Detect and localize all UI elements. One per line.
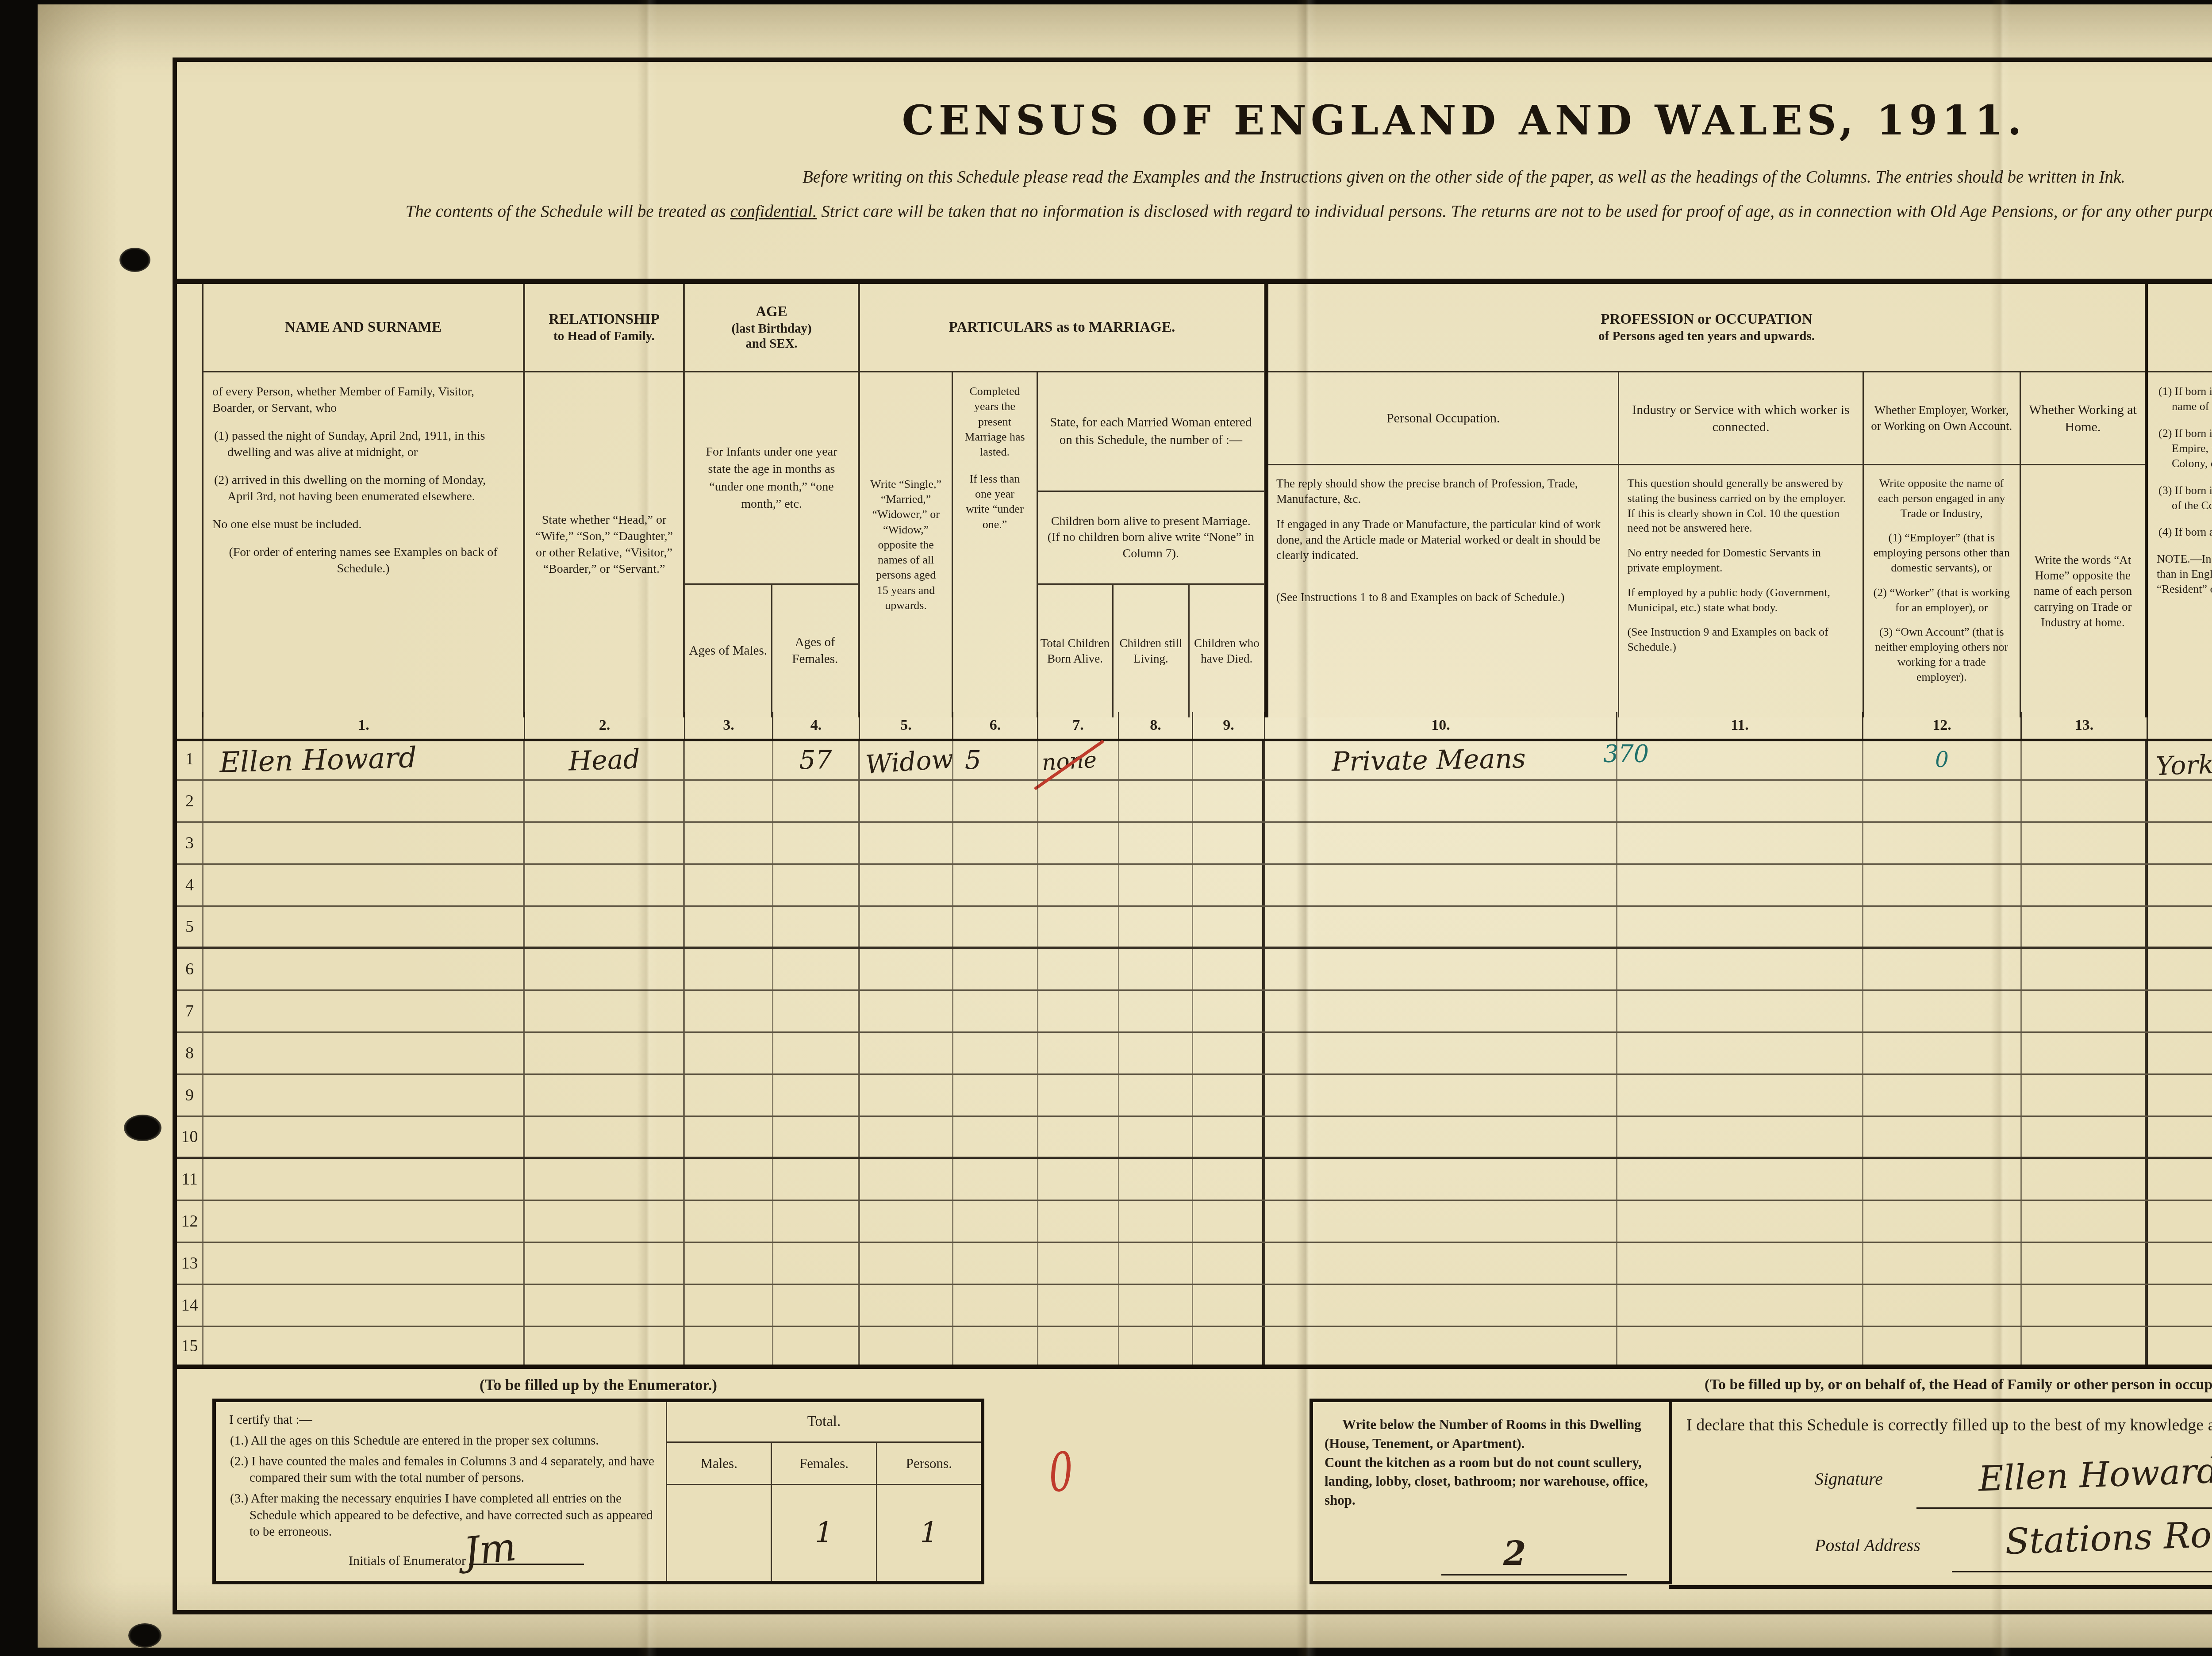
- marriage-intro: State, for each Married Woman entered on…: [1038, 372, 1264, 492]
- males-value: [667, 1485, 771, 1581]
- col12-head: Whether Employer, Worker, or Working on …: [1864, 372, 2020, 465]
- col6-p1: Completed years the present Marriage has…: [962, 384, 1027, 460]
- cell-relationship: Head: [525, 739, 685, 779]
- age-title-sub1: (last Birthday): [731, 321, 811, 337]
- colnum-6: 6.: [953, 712, 1038, 739]
- col14-title: BIRTHPLACE of every person.: [2148, 284, 2212, 372]
- col1-p1: of every Person, whether Member of Famil…: [212, 384, 514, 417]
- header-col-age: AGE (last Birthday) and SEX. For Infants…: [685, 284, 860, 717]
- col11-p2: No entry needed for Domestic Servants in…: [1627, 545, 1854, 575]
- colnum-11: 11.: [1617, 712, 1863, 739]
- table-row-9: 9: [177, 1075, 2212, 1117]
- col14-description: (1) If born in the United Kingdom, write…: [2148, 372, 2212, 717]
- col1-description: of every Person, whether Member of Famil…: [204, 372, 523, 717]
- colnum-14: 14.: [2148, 712, 2212, 739]
- census-schedule-scan: CENSUS OF ENGLAND AND WALES, 1911. Befor…: [0, 0, 2212, 1656]
- persons-label: Persons.: [876, 1443, 981, 1484]
- marriage-col6: Completed years the present Marriage has…: [953, 372, 1037, 717]
- col8-label: Children still Living.: [1112, 585, 1188, 717]
- profession-col10: Personal Occupation. The reply should sh…: [1268, 372, 1618, 717]
- row-number: 3: [177, 823, 204, 863]
- table-row-4: 4: [177, 865, 2212, 907]
- initials-label: Initials of Enumerator: [349, 1553, 466, 1568]
- col11-head: Industry or Service with which worker is…: [1619, 372, 1862, 465]
- entry-occupation: Private Means: [1331, 743, 1526, 778]
- punch-hole: [119, 248, 150, 272]
- cell-name: Ellen Howard: [204, 739, 525, 779]
- cell-marital: Widow: [860, 739, 953, 779]
- enumerator-box: I certify that :— (1.) All the ages on t…: [212, 1399, 984, 1584]
- age-infants-note: For Infants under one year state the age…: [685, 372, 858, 585]
- row-number: 7: [177, 991, 204, 1031]
- cell-children-died: [1193, 739, 1265, 779]
- postal-address-rule: [1952, 1571, 2212, 1572]
- certify-item-2: (2.) I have counted the males and female…: [229, 1453, 658, 1486]
- entry-marital: Widow: [864, 744, 954, 780]
- row-number: 1: [177, 739, 204, 779]
- cell-children-living: [1119, 739, 1193, 779]
- entry-years-married: 5: [965, 745, 981, 775]
- confidential-paragraph: The contents of the Schedule will be tre…: [280, 199, 2212, 225]
- col10-p3: (See Instructions 1 to 8 and Examples on…: [1276, 590, 1610, 605]
- row-number: 5: [177, 907, 204, 947]
- colnum-spacer: [177, 712, 204, 739]
- col13-p1: Write the words “At Home” opposite the n…: [2029, 552, 2137, 630]
- col12-p1: Write opposite the name of each person e…: [1872, 476, 2012, 521]
- signature-rule: [1916, 1507, 2212, 1509]
- age-title: AGE (last Birthday) and SEX.: [685, 284, 858, 372]
- colnum-12: 12.: [1863, 712, 2022, 739]
- cell-at-home: [2022, 739, 2148, 779]
- col11-p1: This question should generally be answer…: [1627, 476, 1854, 536]
- signature-value: Ellen Howard: [1978, 1451, 2212, 1499]
- declaration-box: I declare that this Schedule is correctl…: [1669, 1399, 2212, 1589]
- header-col-marriage: PARTICULARS as to MARRIAGE. Write “Singl…: [860, 284, 1265, 717]
- entry-age: 57: [799, 745, 832, 775]
- persons-value: 1: [876, 1485, 981, 1581]
- col10-description: The reply should show the precise branch…: [1268, 465, 1618, 717]
- colnum-2: 2.: [525, 712, 685, 739]
- col10-head: Personal Occupation.: [1268, 372, 1618, 465]
- colnum-1: 1.: [204, 712, 525, 739]
- postal-address-value: Stations Road Horsforth: [2005, 1506, 2212, 1562]
- table-row-12: 12: [177, 1201, 2212, 1243]
- row-number: 13: [177, 1243, 204, 1284]
- col12-p3: (2) “Worker” (that is working for an emp…: [1872, 585, 2012, 615]
- col2-title-main: RELATIONSHIP: [549, 311, 660, 329]
- table-row-13: 13: [177, 1243, 2212, 1285]
- header-col-relationship: RELATIONSHIP to Head of Family. State wh…: [525, 284, 685, 717]
- table-row-15: 15: [177, 1327, 2212, 1369]
- cell-industry: [1617, 739, 1863, 779]
- profession-title-sub: of Persons aged ten years and upwards.: [1598, 329, 1815, 344]
- row-number: 11: [177, 1159, 204, 1200]
- rooms-box: Write below the Number of Rooms in this …: [1310, 1399, 1672, 1584]
- red-zero-mark: 0: [1047, 1440, 1075, 1505]
- table-row-3: 3: [177, 823, 2212, 865]
- col11-description: This question should generally be answer…: [1619, 465, 1862, 717]
- col11-p4: (See Instruction 9 and Examples on back …: [1627, 625, 1854, 655]
- totals-title: Total.: [667, 1402, 981, 1443]
- header-col-birthplace: BIRTHPLACE of every person. (1) If born …: [2148, 284, 2212, 717]
- row-number: 12: [177, 1201, 204, 1242]
- rooms-text-1: Write below the Number of Rooms in this …: [1325, 1415, 1657, 1453]
- enumerator-section-heading: (To be filled up by the Enumerator.): [212, 1376, 984, 1394]
- col1-p5: (For order of entering names see Example…: [212, 544, 514, 577]
- rooms-text-2: Count the kitchen as a room but do not c…: [1325, 1453, 1657, 1510]
- profession-title-main: PROFESSION or OCCUPATION: [1601, 311, 1813, 329]
- table-row-14: 14: [177, 1285, 2212, 1327]
- col2-title-sub: to Head of Family.: [553, 329, 655, 344]
- row-number: 14: [177, 1285, 204, 1326]
- col13-description: Write the words “At Home” opposite the n…: [2021, 465, 2145, 717]
- cell-employer-worker: 0: [1863, 739, 2022, 779]
- table-body: 1 Ellen Howard Head 57 Widow 5 n: [177, 739, 2212, 1369]
- col12-p4: (3) “Own Account” (that is neither emplo…: [1872, 625, 2012, 684]
- header-rownumber-spacer: [177, 284, 204, 717]
- ages-of-males-label: Ages of Males.: [685, 585, 771, 717]
- col14-p2: (2) If born in any other part of the Bri…: [2157, 426, 2212, 471]
- col1-p4: No one else must be included.: [212, 517, 514, 533]
- signature-label: Signature: [1815, 1468, 1883, 1489]
- row-number: 15: [177, 1327, 204, 1365]
- col11-p3: If employed by a public body (Government…: [1627, 585, 1854, 615]
- enumerator-initials-signature: Jm: [461, 1522, 518, 1577]
- row-number: 6: [177, 949, 204, 989]
- row-number: 9: [177, 1075, 204, 1115]
- col7-label: Total Children Born Alive.: [1038, 585, 1112, 717]
- col2-description: State whether “Head,” or “Wife,” “Son,” …: [525, 372, 683, 717]
- col1-p3: (2) arrived in this dwelling on the morn…: [212, 472, 514, 505]
- form-title: CENSUS OF ENGLAND AND WALES, 1911.: [177, 96, 2212, 144]
- entry-children-born-struck: none: [1041, 747, 1098, 775]
- col14-p3: (3) If born in a Foreign Country, write …: [2157, 483, 2212, 514]
- confidential-pre: The contents of the Schedule will be tre…: [405, 202, 730, 221]
- confidential-post: Strict care will be taken that no inform…: [817, 202, 2212, 221]
- females-value-text: 1: [815, 1517, 833, 1549]
- declaration-text: I declare that this Schedule is correctl…: [1686, 1415, 2212, 1435]
- col6-description: Completed years the present Marriage has…: [953, 372, 1036, 717]
- table-row-7: 7: [177, 991, 2212, 1033]
- males-label: Males.: [667, 1443, 771, 1484]
- row-number: 4: [177, 865, 204, 905]
- title-block: CENSUS OF ENGLAND AND WALES, 1911. Befor…: [177, 62, 2212, 279]
- col12-description: Write opposite the name of each person e…: [1864, 465, 2020, 717]
- row-number: 10: [177, 1117, 204, 1157]
- col14-p1: (1) If born in the United Kingdom, write…: [2157, 384, 2212, 414]
- punch-hole: [124, 1115, 161, 1141]
- col2-title: RELATIONSHIP to Head of Family.: [525, 284, 683, 372]
- col14-p5: NOTE.—In the case of persons born elsewh…: [2157, 552, 2212, 597]
- table-row-8: 8: [177, 1033, 2212, 1075]
- table-row-10: 10: [177, 1117, 2212, 1159]
- certify-lead: I certify that :—: [229, 1412, 658, 1428]
- profession-col12: Whether Employer, Worker, or Working on …: [1863, 372, 2020, 717]
- age-title-sub2: and SEX.: [745, 336, 798, 352]
- ages-of-females-label: Ages of Females.: [771, 585, 858, 717]
- colnum-4: 4.: [773, 712, 860, 739]
- marriage-inner: Write “Single,” “Married,” “Widower,” or…: [860, 372, 1264, 717]
- entry-occupation-code: 370: [1603, 740, 1649, 768]
- postal-address-label: Postal Address: [1815, 1535, 1920, 1556]
- table-row-6: 6: [177, 949, 2212, 991]
- punch-hole: [128, 1623, 161, 1648]
- marriage-children-note: Children born alive to present Marriage.…: [1038, 492, 1264, 585]
- row-number: 2: [177, 781, 204, 821]
- enumerator-certify: I certify that :— (1.) All the ages on t…: [216, 1402, 667, 1581]
- col1-title: NAME AND SURNAME: [204, 284, 523, 372]
- profession-col13: Whether Working at Home. Write the words…: [2020, 372, 2145, 717]
- marriage-title: PARTICULARS as to MARRIAGE.: [860, 284, 1264, 372]
- col10-p2: If engaged in any Trade or Manufacture, …: [1276, 517, 1610, 563]
- column-number-row: 1. 2. 3. 4. 5. 6. 7. 8. 9. 10. 11. 12. 1…: [177, 712, 2212, 741]
- marriage-col5: Write “Single,” “Married,” “Widower,” or…: [860, 372, 953, 717]
- colnum-5: 5.: [860, 712, 953, 739]
- table-row-5: 5: [177, 907, 2212, 949]
- age-split: Ages of Males. Ages of Females.: [685, 585, 858, 717]
- entry-relationship: Head: [568, 744, 640, 777]
- cell-birthplace: Yorks Dewsbury 41: [2148, 739, 2212, 779]
- marriage-subgroup: State, for each Married Woman entered on…: [1038, 372, 1264, 717]
- persons-value-text: 1: [920, 1517, 938, 1549]
- header-col-name: NAME AND SURNAME of every Person, whethe…: [204, 284, 525, 717]
- colnum-3: 3.: [685, 712, 773, 739]
- totals-labels: Males. Females. Persons.: [667, 1443, 981, 1485]
- table-header: NAME AND SURNAME of every Person, whethe…: [177, 279, 2212, 717]
- header-col-profession: PROFESSION or OCCUPATION of Persons aged…: [1265, 284, 2148, 717]
- profession-col11: Industry or Service with which worker is…: [1618, 372, 1862, 717]
- col13-head: Whether Working at Home.: [2021, 372, 2145, 465]
- col1-p2: (1) passed the night of Sunday, April 2n…: [212, 428, 514, 461]
- col2-p1: State whether “Head,” or “Wife,” “Son,” …: [534, 512, 674, 578]
- totals-table: Total. Males. Females. Persons. 1 1: [667, 1402, 981, 1581]
- profession-title: PROFESSION or OCCUPATION of Persons aged…: [1268, 284, 2145, 372]
- colnum-10: 10.: [1265, 712, 1617, 739]
- col12-p2: (1) “Employer” (that is employing person…: [1872, 530, 2012, 575]
- col6-p2: If less than one year write “under one.”: [962, 471, 1027, 532]
- cell-occupation: Private Means 370: [1265, 739, 1617, 779]
- entry-own-account-mark: 0: [1935, 747, 1949, 772]
- entry-name: Ellen Howard: [219, 741, 417, 779]
- marriage-sublabels: Total Children Born Alive. Children stil…: [1038, 585, 1264, 717]
- entry-birthplace: Yorks Dewsbury: [2155, 744, 2212, 782]
- colnum-13: 13.: [2022, 712, 2148, 739]
- table-row-2: 2: [177, 781, 2212, 823]
- rooms-value: 2: [1503, 1531, 1526, 1576]
- cell-years-married: 5: [953, 739, 1038, 779]
- col14-p4: (4) If born at sea, write “At Sea.”: [2157, 525, 2212, 540]
- colnum-9: 9.: [1193, 712, 1265, 739]
- table-row-1: 1 Ellen Howard Head 57 Widow 5 n: [177, 739, 2212, 781]
- col9-label: Children who have Died.: [1188, 585, 1264, 717]
- form-frame: CENSUS OF ENGLAND AND WALES, 1911. Befor…: [173, 57, 2212, 1614]
- colnum-8: 8.: [1119, 712, 1193, 739]
- females-value: 1: [771, 1485, 876, 1581]
- householder-section-heading: (To be filled up by, or on behalf of, th…: [1398, 1376, 2212, 1393]
- confidential-word: confidential.: [730, 202, 817, 221]
- cell-children-born: none: [1038, 739, 1119, 779]
- age-title-main: AGE: [756, 303, 787, 321]
- col10-p1: The reply should show the precise branch…: [1276, 476, 1610, 507]
- instruction-line: Before writing on this Schedule please r…: [177, 167, 2212, 187]
- cell-age-males: [685, 739, 773, 779]
- row-number: 8: [177, 1033, 204, 1073]
- rooms-value-rule: [1441, 1574, 1627, 1575]
- cell-age-females: 57: [773, 739, 860, 779]
- certify-item-1: (1.) All the ages on this Schedule are e…: [229, 1433, 658, 1449]
- col5-description: Write “Single,” “Married,” “Widower,” or…: [860, 372, 952, 717]
- colnum-7: 7.: [1038, 712, 1119, 739]
- profession-inner: Personal Occupation. The reply should sh…: [1268, 372, 2145, 717]
- totals-values: 1 1: [667, 1485, 981, 1581]
- certify-item-3: (3.) After making the necessary enquirie…: [229, 1491, 658, 1540]
- females-label: Females.: [771, 1443, 876, 1484]
- table-row-11: 11: [177, 1159, 2212, 1201]
